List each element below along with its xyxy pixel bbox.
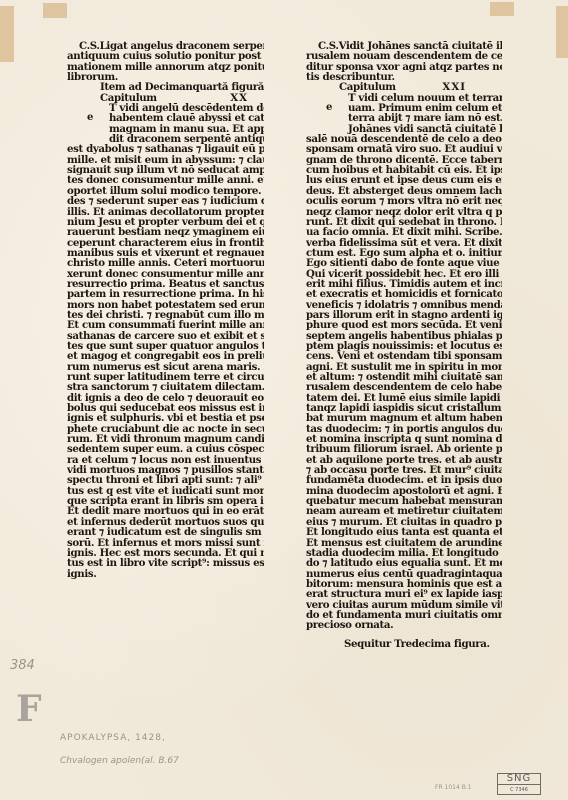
text-line: verba fidelissima sūt et vera. Et dixit …: [306, 238, 502, 248]
text-line: ua facio omnia. Et dixit mihi. Scribe. q…: [306, 227, 502, 237]
text-line: nium Jesu et propter verbum dei et q nō …: [67, 217, 264, 227]
text-line: Johānes vidi sanctā ciuitatē hieru⸗: [306, 124, 502, 134]
text-line: manibus suis et vixerunt et regnauerunt …: [67, 248, 264, 258]
text-line: vero ciuitas aurum mūdum simile vitro mu…: [306, 600, 502, 610]
text-line: eius ⁊ murum. Et ciuitas in quadro posit…: [306, 517, 502, 527]
text-line: T vidi angelū descēdentem de celo: [67, 103, 264, 113]
text-line: ceperunt characterem eius in frontibus a…: [67, 238, 264, 248]
text-line: christo mille annis. Ceteri mortuorum no…: [67, 258, 264, 268]
text-line: neqz clamor neqz dolor erit vltra q prim…: [306, 207, 502, 217]
text-line: mors non habet potestatem sed erunt sace…: [67, 300, 264, 310]
text-line: septem angelis habentibus phialas plenas…: [306, 331, 502, 341]
text-line: gnam de throno dicentē. Ecce tabernaculū…: [306, 155, 502, 165]
chapter-heading: Capitulum XXI: [306, 82, 502, 92]
text-line: phete cruciabunt die ac nocte in secula …: [67, 424, 264, 434]
text-line: tes dei christi. ⁊ regnabūt cum illo mil…: [67, 310, 264, 320]
text-line: rum. Et vidi thronum magnum candidum et: [67, 434, 264, 444]
collection-letter: F: [16, 688, 42, 730]
text-line: numerus eius centū quadragintaquattuor c…: [306, 569, 502, 579]
text-line: lus eius erunt et ipse deus cum eis erit…: [306, 175, 502, 185]
caption-line: rusalem nouam descendentem de celo et os…: [306, 51, 502, 61]
text-line: oculis eorum ⁊ mors vltra nō erit neqz l…: [306, 196, 502, 206]
text-line: Ego sitienti dabo de fonte aque viue gra…: [306, 258, 502, 268]
text-line: rauerunt bestiam neqz ymaginem eius nec …: [67, 227, 264, 237]
text-line: sponsam ornatā viro suo. Et audiui vocem…: [306, 144, 502, 154]
caption-line: mationem mille annorum atqz ponitur aper…: [67, 62, 264, 72]
text-line: resurrectio prima. Beatus et sanctus q h…: [67, 279, 264, 289]
text-line: dit draconem serpentē antiquū qui: [67, 134, 264, 144]
caption-line: C.S.Ligat angelus draconem serpentem: [67, 41, 264, 51]
closing-line: Sequitur Tredecima figura.: [306, 639, 502, 649]
text-line: et altum: ⁊ ostendit mihi ciuitatē sanct…: [306, 372, 502, 382]
text-line: terra abijt ⁊ mare iam nō est. Et ego: [306, 113, 502, 123]
text-line: do et fundamenta muri ciuitatis omni lap…: [306, 610, 502, 620]
text-line: et infernus dederūt mortuos suos qui in …: [67, 517, 264, 527]
text-line: habentem clauē abyssi et cathenam: [67, 113, 264, 123]
text-line: Et longitudo eius tanta est quanta et la…: [306, 527, 502, 537]
stamp-top: SNG: [498, 774, 540, 785]
left-text-column: C.S.Ligat angelus draconem serpentem ant…: [67, 41, 264, 579]
chapter-number: XX: [230, 93, 264, 103]
text-line: dit ignis a deo de celo ⁊ deuorauit eos …: [67, 393, 264, 403]
text-line: tes donec consumentur mille anni. et pos…: [67, 175, 264, 185]
text-line: tus est in libro vite script⁹: missus es…: [67, 558, 264, 568]
text-line: agni. Et sustulit me in spiritu in montē…: [306, 362, 502, 372]
text-line: quebatur mecum habebat mensuram arundi⸗: [306, 496, 502, 506]
text-line: neam auream et metiretur ciuitatem et po…: [306, 506, 502, 516]
stamp-bottom: C 7346: [498, 785, 540, 795]
text-line: phure quod est mors secūda. Et venit vnu…: [306, 320, 502, 330]
text-line: ra et celum ⁊ locus non est inuentus ab …: [67, 455, 264, 465]
text-line: erat structura muri ei⁹ ex lapide iaspid…: [306, 589, 502, 599]
text-line: Et mensus est ciuitatem de arundine aure…: [306, 538, 502, 548]
chapter-label: Capitulum: [339, 82, 396, 92]
text-line: bitorum: mensura hominis que est angeli.…: [306, 579, 502, 589]
text-line: runt super latitudinem terre et circuier…: [67, 372, 264, 382]
pencil-number: 384: [10, 658, 35, 673]
text-line: spectu throni et libri apti sunt: ⁊ ali⁹…: [67, 475, 264, 485]
right-caption: C.S.Vidit Johānes sanctā ciuitatē iher r…: [306, 41, 502, 82]
text-line: uam. Primum enim celum et prima: [306, 103, 502, 113]
text-line: salē nouā descendentē de celo a deo para…: [306, 134, 502, 144]
text-line: stadia duodecim milia. Et longitudo et a…: [306, 548, 502, 558]
text-line: fundamēta duodecim. et in ipsis duodecim…: [306, 475, 502, 485]
collection-stamp: SNG C 7346: [497, 773, 541, 795]
text-line: sedentem super eum. a cuius cōspectu fug…: [67, 444, 264, 454]
text-line: des ⁊ sederunt super eas ⁊ iudicium datu…: [67, 196, 264, 206]
text-line: tes que sunt super quatuor angulos terre…: [67, 341, 264, 351]
text-line: magnam in manu sua. Et apprehen: [67, 124, 264, 134]
text-line: Et cum consummati fuerint mille anni: so…: [67, 320, 264, 330]
caption-line: tis describuntur.: [306, 72, 502, 82]
text-line: et ab aquilone porte tres. et ab austro …: [306, 455, 502, 465]
right-body-text: salē nouā descendentē de celo a deo para…: [306, 134, 502, 631]
text-line: partem in resurrectione prima. In his se…: [67, 289, 264, 299]
text-line: xerunt donec consumentur mille anni. Hec…: [67, 269, 264, 279]
text-line: ctum est. Ego sum alpha et o. initium et…: [306, 248, 502, 258]
text-line: do ⁊ latitudo eius equalia sunt. Et mens…: [306, 558, 502, 568]
right-text-column: C.S.Vidit Johānes sanctā ciuitatē iher r…: [306, 41, 502, 649]
text-line: stra sanctorum ⁊ ciuitatem dilectam. Et …: [67, 382, 264, 392]
text-line: cens. Veni et ostendam tibi sponsam vxor…: [306, 351, 502, 361]
text-line: ignis.: [67, 569, 264, 579]
text-line: tatem dei. Et lumē eius simile lapidi pr…: [306, 393, 502, 403]
text-line: erant ⁊ iudicatum est de singulis sm ope…: [67, 527, 264, 537]
text-line: runt. Et dixit qui sedebat in throno. Ec…: [306, 217, 502, 227]
text-line: tas duodecim: ⁊ in portis angulos duodec…: [306, 424, 502, 434]
subheading: Item ad Decimanquartă figură: [67, 82, 264, 92]
text-line: est dyabolus ⁊ sathanas ⁊ ligauit eū p a…: [67, 144, 264, 154]
chapter-number: XXI: [442, 82, 502, 92]
caption-line: librorum.: [67, 72, 264, 82]
margin-letter: e: [87, 113, 93, 123]
left-body-text: est dyabolus ⁊ sathanas ⁊ ligauit eū p a…: [67, 144, 264, 578]
text-line: illis. Et animas decollatorum propter te…: [67, 207, 264, 217]
text-line: pars illorum erit in stagno ardenti igne…: [306, 310, 502, 320]
text-line: et execratis et homicidis et fornicatori…: [306, 289, 502, 299]
text-line: precioso ornata.: [306, 620, 502, 630]
text-line: mina duodecim apostolorū et agni. Et qui…: [306, 486, 502, 496]
text-line: et magog et congregabit eos in prelium q…: [67, 351, 264, 361]
text-line: et nomina inscripta q sunt nomina duodec…: [306, 434, 502, 444]
caption-line: ditur sponsa vxor agni atqz partes noue …: [306, 62, 502, 72]
text-line: rum numerus est sicut arena maris. Et as…: [67, 362, 264, 372]
text-line: erit mihi filius. Timidis autem et incre…: [306, 279, 502, 289]
text-line: ptem plagis nouissimis: et locutus est m…: [306, 341, 502, 351]
text-line: ignis. Hec est mors secunda. Et qui nō i…: [67, 548, 264, 558]
caption-line: antiquum cuius solutio ponitur post cons…: [67, 51, 264, 61]
chapter-opening: e T vidi celum nouum et terram no⸗ uam. …: [306, 93, 502, 134]
text-line: ignis et sulphuris. vbi et bestia et pse…: [67, 413, 264, 423]
tape-top-left: [43, 3, 67, 18]
text-line: bolus qui seducebat eos missus est in st…: [67, 403, 264, 413]
text-line: T vidi celum nouum et terram no⸗: [306, 93, 502, 103]
text-line: sorū. Et infernus et mors missi sunt in …: [67, 538, 264, 548]
text-line: rusalem descendentem de celo habentem cl…: [306, 382, 502, 392]
text-line: Qui vicerit possidebit hec. Et ero illi …: [306, 269, 502, 279]
margin-letter: e: [326, 103, 332, 113]
text-line: cum hoibus et habitabit cū eis. Et ipsi …: [306, 165, 502, 175]
pencil-note-1: APOKALYPSA, 1428,: [60, 733, 166, 743]
text-line: oportet illum solui modico tempore. Et v…: [67, 186, 264, 196]
text-line: tus est q est vite et iudicati sunt moru…: [67, 486, 264, 496]
text-line: sathanas de carcere suo et exibit et sed…: [67, 331, 264, 341]
text-line: tribuum filiorum israel. Ab oriente port…: [306, 444, 502, 454]
text-line: veneficis ⁊ idolatris ⁊ omnibus mendacib…: [306, 300, 502, 310]
left-caption: C.S.Ligat angelus draconem serpentem ant…: [67, 41, 264, 82]
text-line: signauit sup illum vt nō seducat amplius…: [67, 165, 264, 175]
chapter-opening: e T vidi angelū descēdentem de celo habe…: [67, 103, 264, 144]
text-line: vidi mortuos magnos ⁊ pusillos stantes i…: [67, 465, 264, 475]
text-line: deus. Et absterget deus omnem lachrymā a…: [306, 186, 502, 196]
text-line: ⁊ ab occasu porte tres. Et mur⁹ ciuitati…: [306, 465, 502, 475]
text-line: que scripta erant in libris sm opera ips…: [67, 496, 264, 506]
pencil-note-2: Chvalogen apolen(al. B.67: [60, 756, 179, 766]
chapter-heading: Capitulum XX: [67, 93, 264, 103]
chapter-label: Capitulum: [100, 93, 157, 103]
text-line: Et dedit mare mortuos qui in eo erāt et …: [67, 506, 264, 516]
tape-right-edge: [556, 6, 568, 58]
tape-left-edge: [0, 6, 14, 62]
text-line: mille. et misit eum in abyssum: ⁊ clausi…: [67, 155, 264, 165]
shelf-mark: FR 1014 B.1: [435, 784, 472, 791]
tape-top-right: [490, 2, 514, 16]
text-line: tanqz lapidi iaspidis sicut cristallum. …: [306, 403, 502, 413]
caption-line: C.S.Vidit Johānes sanctā ciuitatē iher: [306, 41, 502, 51]
text-line: bat murum magnum et altum habentem por⸗: [306, 413, 502, 423]
